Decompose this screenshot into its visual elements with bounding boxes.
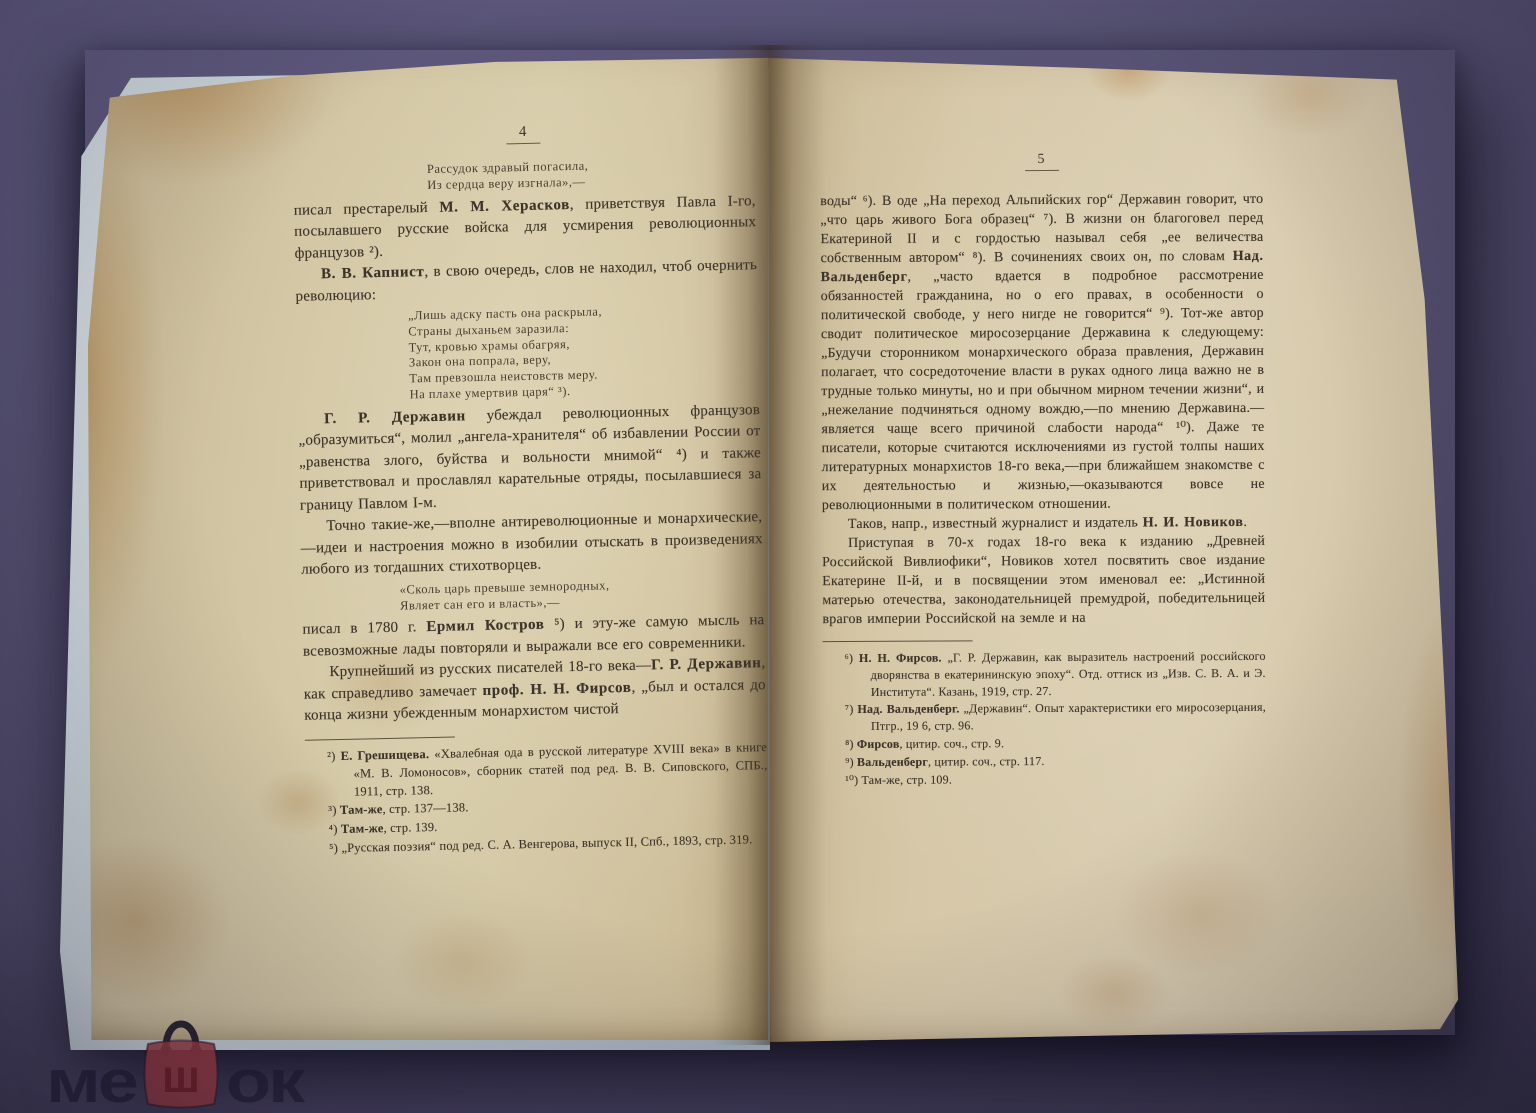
watermark-bag-letter: ш <box>162 1050 200 1102</box>
verse-quote: „Лишь адску пасть она раскрыла,Страны ды… <box>408 301 760 403</box>
footnote: ⁹) Вальденберг, цитир. соч., стр. 117. <box>845 752 1266 771</box>
paragraph: Крупнейший из русских писателей 18-го ве… <box>303 654 766 728</box>
right-page-text: 5 воды“ ⁶). В оде „На переход Альпийских… <box>820 151 1266 790</box>
footnote: ⁶) Н. Н. Фирсов. „Г. Р. Державин, как вы… <box>845 648 1266 701</box>
paragraph: Г. Р. Державин убеждал революционных фра… <box>298 400 762 517</box>
footnotes: ²) Е. Грешищева. «Хвалебная ода в русско… <box>305 739 769 858</box>
paragraph: В. В. Капнист, в свою очередь, слов не н… <box>295 255 758 308</box>
paragraph: Точно такие-же,—вполне антиреволюционные… <box>300 507 763 581</box>
watermark: ме ш ок <box>46 1008 302 1112</box>
footnote: ¹⁰) Там-же, стр. 109. <box>845 769 1266 788</box>
footnote: ⁸) Фирсов, цитир. соч., стр. 9. <box>845 734 1266 753</box>
footnote-divider <box>305 737 455 741</box>
verse-quote: Рассудок здравый погасила,Из сердца веру… <box>427 155 756 193</box>
footnotes: ⁶) Н. Н. Фирсов. „Г. Р. Державин, как вы… <box>823 648 1267 789</box>
verse-quote: «Сколь царь превыше земнородных,Являет с… <box>400 575 765 614</box>
paragraph: писал престарелый М. М. Херасков, привет… <box>294 191 757 265</box>
paragraph: воды“ ⁶). В оде „На переход Альпийских г… <box>820 190 1265 515</box>
watermark-text-left: ме <box>46 1051 136 1112</box>
page-number-left: 4 <box>506 124 540 145</box>
photo-background: 4 Рассудок здравый погасила,Из сердца ве… <box>0 0 1536 1113</box>
footnote: ⁷) Над. Вальденберг. „Державин“. Опыт ха… <box>845 699 1266 735</box>
paragraph: Таков, напр., известный журналист и изда… <box>822 513 1265 534</box>
shopping-bag-icon: ш <box>138 1008 224 1112</box>
left-page-text: 4 Рассудок здравый погасила,Из сердца ве… <box>292 119 769 859</box>
paragraph: Приступая в 70-х годах 18-го века к изда… <box>822 532 1265 629</box>
footnote: ²) Е. Грешищева. «Хвалебная ода в русско… <box>327 739 768 802</box>
watermark-text-right: ок <box>226 1051 302 1112</box>
footnote-divider <box>823 640 973 642</box>
page-number-right: 5 <box>1025 152 1059 171</box>
